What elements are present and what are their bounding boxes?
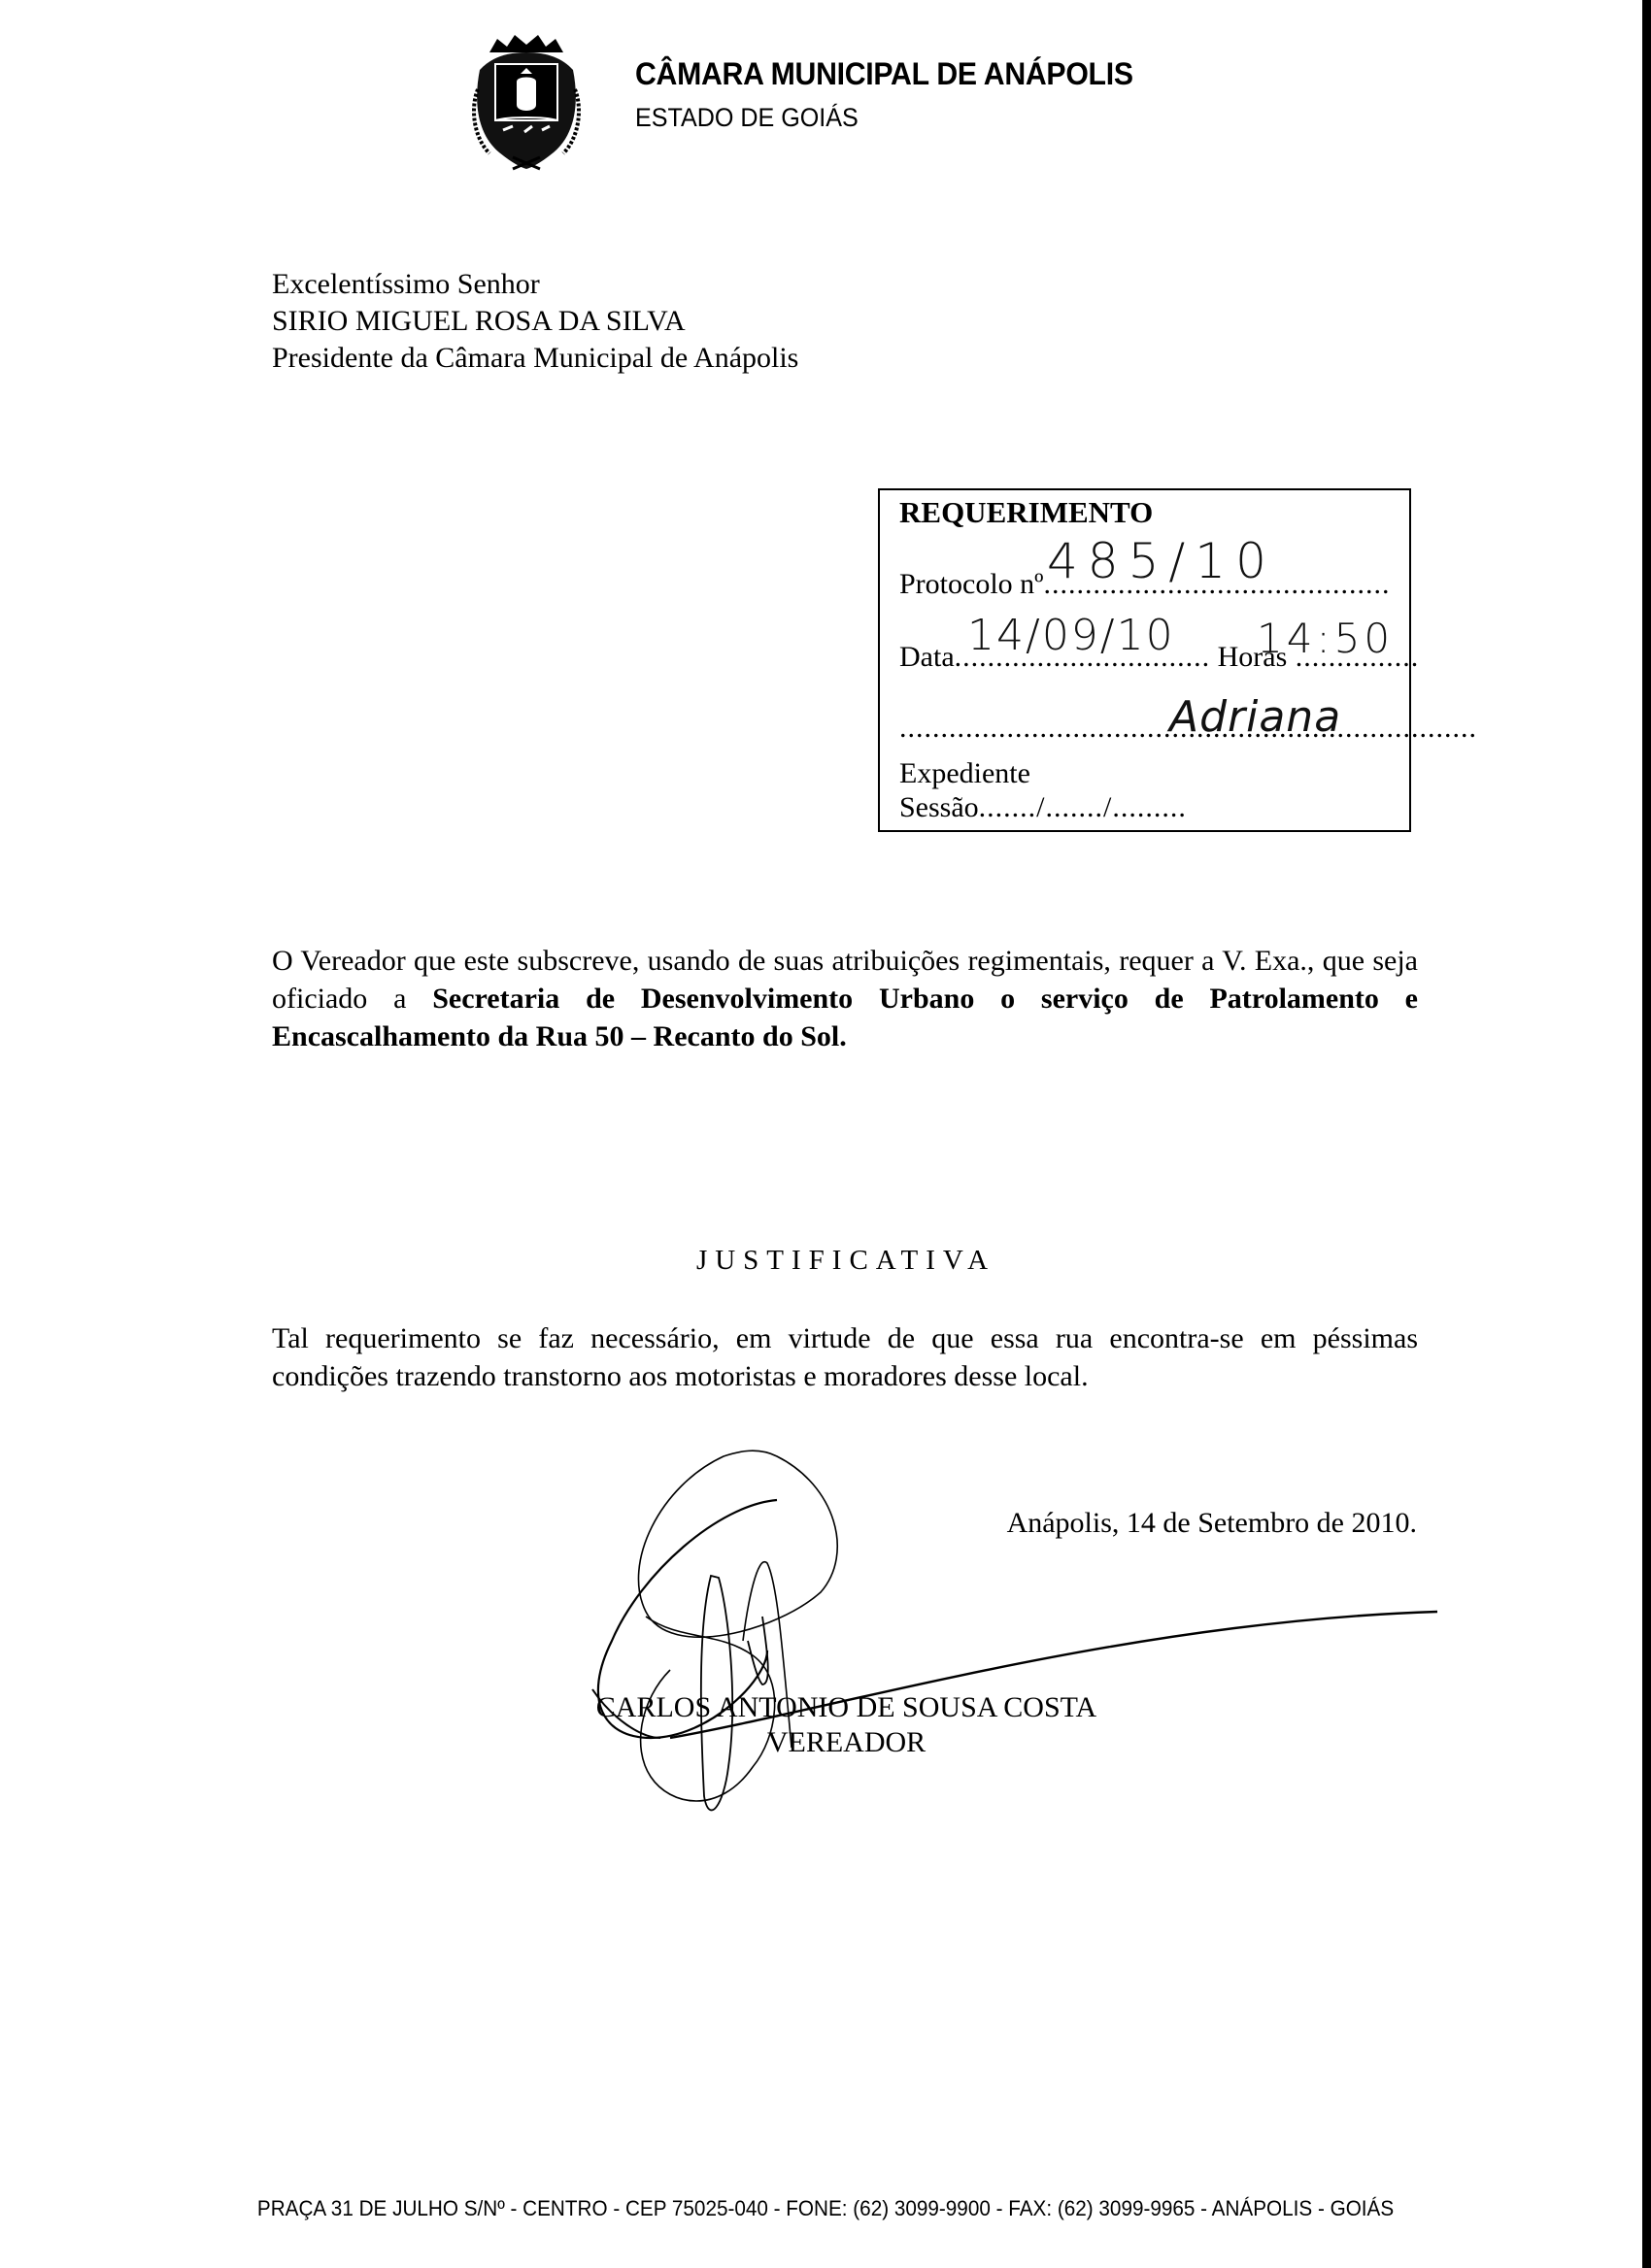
justification-heading: JUSTIFICATIVA xyxy=(0,1245,1651,1277)
addressee-name: SIRIO MIGUEL ROSA DA SILVA xyxy=(272,303,798,340)
protocolo-value: 485/10 xyxy=(1047,533,1276,589)
horas-value: 14:50 xyxy=(1257,615,1394,662)
scan-edge-bar xyxy=(1642,0,1651,2268)
sessao-value: ......./......./......... xyxy=(979,791,1187,823)
addressee-position: Presidente da Câmara Municipal de Anápol… xyxy=(272,340,798,377)
requerimento-stamp-box: REQUERIMENTO Protocolo nº...............… xyxy=(878,488,1411,832)
justification-paragraph: Tal requerimento se faz necessário, em v… xyxy=(272,1319,1418,1395)
addressee-block: Excelentíssimo Senhor SIRIO MIGUEL ROSA … xyxy=(272,266,798,377)
request-paragraph: O Vereador que este subscreve, usando de… xyxy=(272,942,1418,1055)
request-subject: Secretaria de Desenvolvimento Urbano o s… xyxy=(272,983,1418,1052)
document-page: CÂMARA MUNICIPAL DE ANÁPOLIS ESTADO DE G… xyxy=(0,0,1651,2268)
received-by-signature: Adriana xyxy=(1169,692,1341,742)
coat-of-arms-icon xyxy=(470,31,583,173)
stamp-title: REQUERIMENTO xyxy=(899,495,1153,530)
signatory-role: VEREADOR xyxy=(0,1726,1651,1759)
institution-state: ESTADO DE GOIÁS xyxy=(635,103,859,133)
addressee-salutation: Excelentíssimo Senhor xyxy=(272,266,798,303)
sessao-line: Sessão......./......./......... xyxy=(899,791,1187,824)
place-date: Anápolis, 14 de Setembro de 2010. xyxy=(1007,1507,1417,1540)
institution-name: CÂMARA MUNICIPAL DE ANÁPOLIS xyxy=(635,56,1133,92)
signatory-name: CARLOS ANTONIO DE SOUSA COSTA xyxy=(0,1691,1651,1724)
expediente-label: Expediente xyxy=(899,757,1030,790)
data-value: 14/09/10 xyxy=(967,611,1175,660)
sessao-label: Sessão xyxy=(899,791,979,823)
footer-address-text: PRAÇA 31 DE JULHO S/Nº - CENTRO - CEP 75… xyxy=(257,2196,1394,2221)
protocolo-label: Protocolo nº xyxy=(899,568,1043,600)
footer-address: PRAÇA 31 DE JULHO S/Nº - CENTRO - CEP 75… xyxy=(0,2196,1651,2221)
data-label: Data xyxy=(899,641,955,673)
